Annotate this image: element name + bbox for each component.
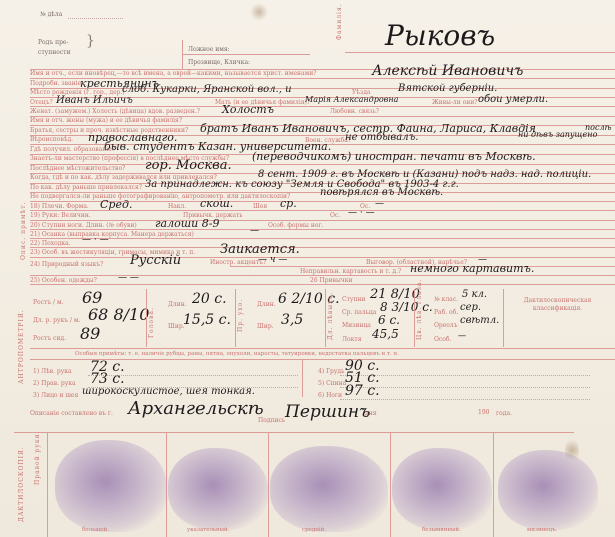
sign-24-value: Русскій <box>130 254 181 267</box>
left-limbs-label: Дл. лѣвыхъ. <box>327 292 334 340</box>
row-military-value: не отбывалъ. <box>345 133 418 143</box>
sign-18-value: Сред. <box>100 199 132 210</box>
day-label: дня <box>365 411 376 417</box>
foot-label: Ступни <box>342 297 365 303</box>
compiled-city-value: Архангельскѣ <box>128 400 264 418</box>
surname-label: Фамилія. <box>336 3 343 40</box>
rule <box>182 54 310 55</box>
eye-color-label: Цв. лѣв. глаза. <box>416 279 423 340</box>
head-label: Голова. <box>148 307 155 338</box>
sign-21-value: — <box>250 227 259 236</box>
sign-20-value: галоши 8-9 <box>155 218 219 229</box>
fingerprint-1 <box>55 440 167 532</box>
row-birthplace-value: слоб. Кукарки, Яранской вол., и <box>122 85 292 95</box>
peculiar-value: — <box>458 332 466 340</box>
mark-2-label: 2) Прав. рука <box>33 381 76 387</box>
rule <box>268 432 269 537</box>
sitting-height-label: Ростъ сид. <box>33 336 66 342</box>
rule <box>30 210 615 211</box>
row-photographed-label: Не подвергался-ли раньше фотографировані… <box>30 194 290 200</box>
mark-1-label: 1) Лѣв. рука <box>33 369 72 375</box>
sign-24-label: 24) Природный языкъ? <box>30 262 103 268</box>
finger-label: мизинецъ. <box>527 527 557 533</box>
fingerprint-5 <box>498 450 598 530</box>
fingerprint-2 <box>168 448 268 530</box>
rule <box>47 432 48 537</box>
peculiar-label: Особ. <box>434 337 451 343</box>
rule <box>146 289 147 347</box>
finger-label: средній. <box>302 527 326 533</box>
surname-value: Рыковъ <box>385 22 495 50</box>
special-marks-header: Особыя примѣты: т. е. наличіе рубцы, ран… <box>75 352 399 358</box>
paper-stain <box>565 437 579 463</box>
middle-finger-label: Ср. пальца <box>342 310 376 316</box>
row-photographed-value: повѣрялся въ Москвѣ. <box>320 188 443 198</box>
ear-length-label: Длин. <box>257 302 276 308</box>
sign-24-accent-value: — ч — <box>258 256 287 265</box>
row-education-label: Гдѣ получил. образованіе? <box>30 147 115 153</box>
sign-19-label: 19) Руки: Величин. <box>30 213 91 219</box>
case-number-label: № дѣла <box>40 12 62 18</box>
row-prior-case-label: По как. дѣлу раньше привлекался? <box>30 185 142 191</box>
periphery-label: Раб. об. <box>434 310 458 316</box>
rule <box>30 220 615 221</box>
ear-label: Пр. ухо. <box>237 299 244 332</box>
brace: } <box>86 34 95 48</box>
class-label: № клас. <box>434 297 458 303</box>
mark-6-value: 97 с. <box>345 384 380 398</box>
sign-19-os-label: Ос. <box>330 213 340 219</box>
ear-width-label: Шир. <box>257 324 274 330</box>
little-finger-label: Мизинца <box>342 323 371 329</box>
rule <box>235 289 236 347</box>
header-divider <box>182 40 183 70</box>
height-label: Ростъ / м. <box>33 300 64 306</box>
row-residence-value: гор. Москва. <box>145 159 232 172</box>
sign-18-os-value: — <box>375 200 384 209</box>
false-name-label: Ложное имя: <box>188 47 230 53</box>
rule <box>390 432 391 537</box>
aureole-label: Ореолъ <box>434 323 458 329</box>
sitting-height-value: 89 <box>80 326 100 342</box>
finger-label: указательный. <box>187 527 229 533</box>
rule <box>345 52 615 53</box>
row-religion-label: Вѣроисповѣд. <box>30 137 73 143</box>
arm-span-label: Дл. р. рукъ / м. <box>33 318 81 324</box>
forearm-value: 45,5 <box>372 328 399 340</box>
aureole-value: свѣтл. <box>460 316 499 326</box>
rule <box>14 432 574 433</box>
middle-finger-value: 8 3/10 с. <box>380 301 433 313</box>
year-prefix: 190 <box>478 410 489 416</box>
forearm-label: Локтя <box>342 337 361 343</box>
little-finger-value: 6 с. <box>378 314 400 326</box>
sign-22-value: — · — <box>82 236 109 245</box>
sign-18-tilt-value: скош. <box>200 198 233 209</box>
row-military-extra: ни дѣвъ запущено <box>518 131 597 139</box>
rule <box>493 432 494 537</box>
mark-3-label: 3) Лицо и шея <box>33 393 78 399</box>
year-suffix: года. <box>496 411 512 417</box>
classification-label: Дактилоскопическая классификація. <box>510 297 605 314</box>
sign-24b-value: немного картавитъ. <box>410 263 534 274</box>
rule <box>503 289 504 347</box>
mark-2-value: 73 с. <box>90 372 125 386</box>
height-value: 69 <box>82 290 102 306</box>
signature-label: Подпись <box>258 418 285 424</box>
row-marital-label: Женат. (замужем.) Холость (дѣвица) вдов.… <box>30 109 200 115</box>
rule <box>325 289 326 347</box>
row-full-name-value: Алексѣй Ивановичъ <box>372 64 523 78</box>
rule <box>414 289 415 347</box>
finger-label: большой. <box>82 527 109 533</box>
row-father-value: Иванъ Ильичъ <box>56 96 133 106</box>
head-length-label: Длин. <box>168 302 187 308</box>
row-mother-value: Марія Александровна <box>305 96 398 104</box>
row-status-label: Подробн. званіе <box>30 81 81 87</box>
head-length-value: 20 с. <box>192 292 227 306</box>
rule <box>30 247 615 248</box>
rule <box>30 284 615 285</box>
row-love-label: Любовн. связь? <box>330 109 379 115</box>
row-birthplace-province-value: Вятской губерніи. <box>398 84 497 94</box>
fingerprint-4 <box>392 448 492 530</box>
registration-card: № дѣла Родъ пре- ступности } Ложное имя:… <box>0 0 615 537</box>
arm-span-value: 68 8/10 <box>88 307 149 323</box>
rule <box>30 257 615 258</box>
sign-19-os-value: — · — <box>348 209 375 218</box>
paper-stain <box>250 3 268 21</box>
rule <box>30 238 615 239</box>
finger-label: безымянный. <box>422 527 461 533</box>
compiled-label: Описаніе составлено въ г. <box>30 411 113 417</box>
case-number-line <box>68 18 123 19</box>
head-width-value: 15,5 с. <box>183 313 231 327</box>
rule <box>30 229 615 230</box>
crime-type-label: Родъ пре- ступности <box>38 38 71 57</box>
sign-25-value: — — <box>118 274 139 283</box>
rule <box>30 106 615 107</box>
mark-6-label: 6) Ноги <box>318 393 342 399</box>
right-hand-label: Правой руки. <box>34 430 41 485</box>
anthropometry-side-label: АНТРОПОМЕТРІЯ. <box>18 309 25 384</box>
nickname-label: Прозвище, Кличка: <box>188 60 250 66</box>
rule <box>30 348 615 349</box>
mark-3-value: широкоскулистое, шея тонкая. <box>82 387 255 397</box>
sign-18-neck-value: ср. <box>280 198 297 209</box>
row-profession-value: (переводчикомъ) иностран. печати въ Моск… <box>252 151 536 162</box>
rule <box>302 359 303 397</box>
signature-value: Першинъ <box>285 404 370 421</box>
row-full-name-label: Имя и отч., если иновѣрец,—то всѣ имена,… <box>30 71 316 77</box>
dactyloscopy-side-label: ДАКТИЛОСКОПІЯ. <box>18 446 25 522</box>
row-marital-value: Холостъ <box>222 104 274 115</box>
row-residence-label: Послѣднее мѣстожительство? <box>30 166 125 172</box>
row-spouse-label: Имя и отч. жены (мужа) и ее дѣвичья фами… <box>30 118 182 124</box>
class-value: 5 кл. <box>462 290 487 300</box>
periphery-value: сер. <box>460 303 481 313</box>
signs-side-label: Опис. примѣт. <box>20 202 27 260</box>
rule <box>340 399 590 400</box>
fingerprint-3 <box>270 446 388 532</box>
row-alive-value: обои умерли. <box>478 95 548 105</box>
ear-width-value: 3,5 <box>281 313 303 327</box>
